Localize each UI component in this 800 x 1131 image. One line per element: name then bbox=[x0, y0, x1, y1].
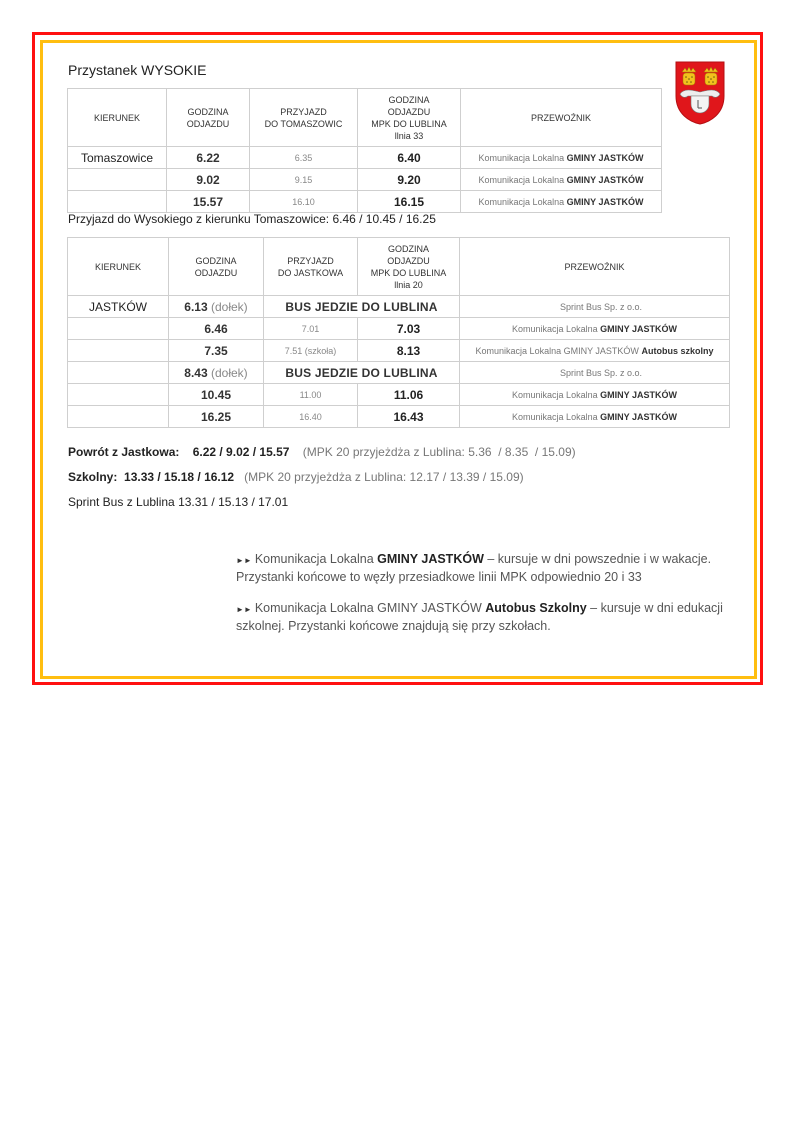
cell-departure: 15.57 bbox=[167, 191, 250, 213]
cell-mpk-departure: 16.43 bbox=[358, 406, 460, 428]
cell-carrier: Komunikacja Lokalna GMINY JASTKÓW bbox=[461, 169, 662, 191]
cell-arrival: 16.10 bbox=[250, 191, 358, 213]
cell-mpk-departure: 6.40 bbox=[358, 147, 461, 169]
cell-carrier: Komunikacja Lokalna GMINY JASTKÓW Autobu… bbox=[460, 340, 730, 362]
cell-carrier: Komunikacja Lokalna GMINY JASTKÓW bbox=[460, 318, 730, 340]
cell-departure: 10.45 bbox=[169, 384, 264, 406]
double-arrow-icon: ►► bbox=[236, 556, 252, 565]
cell-arrival: 9.15 bbox=[250, 169, 358, 191]
cell-departure: 16.25 bbox=[169, 406, 264, 428]
cell-mpk-departure: 9.20 bbox=[358, 169, 461, 191]
cell-carrier: Komunikacja Lokalna GMINY JASTKÓW bbox=[461, 147, 662, 169]
carrier-name-bold: GMINY JASTKÓW bbox=[567, 197, 644, 207]
table-row: 7.357.51 (szkoła)8.13Komunikacja Lokalna… bbox=[68, 340, 730, 362]
header-mpk-departure: GODZINA ODJAZDU MPK DO LUBLINA llnia 20 bbox=[358, 238, 460, 296]
header-mpk-departure: GODZINA ODJAZDU MPK DO LUBLINA llnia 33 bbox=[358, 89, 461, 147]
table-row: 10.4511.0011.06Komunikacja Lokalna GMINY… bbox=[68, 384, 730, 406]
cell-mpk-departure: 16.15 bbox=[358, 191, 461, 213]
header-departure: GODZINA ODJAZDU bbox=[169, 238, 264, 296]
departure-time: 8.43 bbox=[184, 366, 207, 380]
cell-arrival: 16.40 bbox=[264, 406, 358, 428]
coat-of-arms-icon bbox=[674, 60, 726, 126]
table-row: Tomaszowice6.226.356.40Komunikacja Lokal… bbox=[68, 147, 662, 169]
carrier-name-bold: GMINY JASTKÓW bbox=[600, 324, 677, 334]
carrier-name: Komunikacja Lokalna bbox=[512, 324, 598, 334]
header-departure: GODZINA ODJAZDU bbox=[167, 89, 250, 147]
header-carrier: PRZEWOŹNIK bbox=[461, 89, 662, 147]
return-note: (MPK 20 przyjeżdża z Lublina: 5.36 / 8.3… bbox=[303, 445, 576, 459]
cell-departure: 9.02 bbox=[167, 169, 250, 191]
carrier-name: Komunikacja Lokalna GMINY JASTKÓW bbox=[476, 346, 639, 356]
cell-departure: 8.43 (dołek) bbox=[169, 362, 264, 384]
carrier-name: Komunikacja Lokalna bbox=[512, 390, 598, 400]
departure-time: 6.13 bbox=[184, 300, 207, 314]
school-times: 13.33 / 15.18 / 16.12 bbox=[124, 470, 234, 484]
cell-arrival: 7.51 (szkoła) bbox=[264, 340, 358, 362]
cell-departure: 6.22 bbox=[167, 147, 250, 169]
cell-departure: 6.13 (dołek) bbox=[169, 296, 264, 318]
cell-carrier: Komunikacja Lokalna GMINY JASTKÓW bbox=[460, 384, 730, 406]
school-note: (MPK 20 przyjeżdża z Lublina: 12.17 / 13… bbox=[244, 470, 524, 484]
cell-direction bbox=[68, 169, 167, 191]
cell-direction: Tomaszowice bbox=[68, 147, 167, 169]
header-arrival: PRZYJAZD DO JASTKOWA bbox=[264, 238, 358, 296]
sprint-line: Sprint Bus z Lublina 13.31 / 15.13 / 17.… bbox=[68, 495, 288, 509]
page-title: Przystanek WYSOKIE bbox=[68, 62, 206, 78]
double-arrow-icon: ►► bbox=[236, 605, 252, 614]
cell-direction bbox=[68, 362, 169, 384]
departure-time: 7.35 bbox=[204, 344, 227, 358]
return-label: Powrót z Jastkowa: bbox=[68, 445, 179, 459]
table-row: 9.029.159.20Komunikacja Lokalna GMINY JA… bbox=[68, 169, 662, 191]
departure-time: 6.46 bbox=[204, 322, 227, 336]
cell-direction bbox=[68, 340, 169, 362]
header-direction: KIERUNEK bbox=[68, 238, 169, 296]
cell-arrival: 6.35 bbox=[250, 147, 358, 169]
carrier-name-bold: Autobus szkolny bbox=[641, 346, 713, 356]
table-header-row: KIERUNEK GODZINA ODJAZDU PRZYJAZD DO TOM… bbox=[68, 89, 662, 147]
carrier-name-bold: GMINY JASTKÓW bbox=[567, 175, 644, 185]
carrier-name: Komunikacja Lokalna bbox=[479, 175, 565, 185]
arrival-note: Przyjazd do Wysokiego z kierunku Tomaszo… bbox=[68, 212, 436, 226]
return-times: 6.22 / 9.02 / 15.57 bbox=[193, 445, 290, 459]
header-direction: KIERUNEK bbox=[68, 89, 167, 147]
cell-mpk-departure: 11.06 bbox=[358, 384, 460, 406]
table-row: 15.5716.1016.15Komunikacja Lokalna GMINY… bbox=[68, 191, 662, 213]
timetable-jastkow: KIERUNEK GODZINA ODJAZDU PRZYJAZD DO JAS… bbox=[67, 237, 730, 428]
cell-direction bbox=[68, 406, 169, 428]
cell-arrival: 11.00 bbox=[264, 384, 358, 406]
carrier-name-bold: GMINY JASTKÓW bbox=[600, 412, 677, 422]
carrier-name: Komunikacja Lokalna bbox=[479, 197, 565, 207]
header-carrier: PRZEWOŹNIK bbox=[460, 238, 730, 296]
timetable-tomaszowice: KIERUNEK GODZINA ODJAZDU PRZYJAZD DO TOM… bbox=[67, 88, 662, 213]
departure-note: (dołek) bbox=[211, 300, 248, 314]
carrier-name: Komunikacja Lokalna bbox=[479, 153, 565, 163]
departure-note: (dołek) bbox=[211, 366, 248, 380]
legend-item: ►►Komunikacja Lokalna GMINY JASTKÓW – ku… bbox=[236, 551, 726, 586]
bus-to-lublin-cell: BUS JEDZIE DO LUBLINA bbox=[264, 362, 460, 384]
return-line: Powrót z Jastkowa: 6.22 / 9.02 / 15.57 (… bbox=[68, 445, 576, 459]
legend-item: ►►Komunikacja Lokalna GMINY JASTKÓW Auto… bbox=[236, 600, 726, 635]
school-label: Szkolny: bbox=[68, 470, 117, 484]
carrier-name-bold: GMINY JASTKÓW bbox=[567, 153, 644, 163]
cell-mpk-departure: 7.03 bbox=[358, 318, 460, 340]
bus-to-lublin-cell: BUS JEDZIE DO LUBLINA bbox=[264, 296, 460, 318]
table-row: 6.467.017.03Komunikacja Lokalna GMINY JA… bbox=[68, 318, 730, 340]
cell-mpk-departure: 8.13 bbox=[358, 340, 460, 362]
table-row: JASTKÓW6.13 (dołek)BUS JEDZIE DO LUBLINA… bbox=[68, 296, 730, 318]
cell-carrier: Sprint Bus Sp. z o.o. bbox=[460, 296, 730, 318]
school-line: Szkolny: 13.33 / 15.18 / 16.12 (MPK 20 p… bbox=[68, 470, 524, 484]
table-row: 16.2516.4016.43Komunikacja Lokalna GMINY… bbox=[68, 406, 730, 428]
cell-direction bbox=[68, 318, 169, 340]
cell-departure: 6.46 bbox=[169, 318, 264, 340]
cell-carrier: Sprint Bus Sp. z o.o. bbox=[460, 362, 730, 384]
cell-direction: JASTKÓW bbox=[68, 296, 169, 318]
cell-arrival: 7.01 bbox=[264, 318, 358, 340]
carrier-name: Komunikacja Lokalna bbox=[512, 412, 598, 422]
departure-time: 16.25 bbox=[201, 410, 231, 424]
cell-carrier: Komunikacja Lokalna GMINY JASTKÓW bbox=[461, 191, 662, 213]
header-arrival: PRZYJAZD DO TOMASZOWIC bbox=[250, 89, 358, 147]
cell-direction bbox=[68, 191, 167, 213]
cell-departure: 7.35 bbox=[169, 340, 264, 362]
cell-direction bbox=[68, 384, 169, 406]
departure-time: 10.45 bbox=[201, 388, 231, 402]
table-row: 8.43 (dołek)BUS JEDZIE DO LUBLINASprint … bbox=[68, 362, 730, 384]
carrier-name-bold: GMINY JASTKÓW bbox=[600, 390, 677, 400]
table-header-row: KIERUNEK GODZINA ODJAZDU PRZYJAZD DO JAS… bbox=[68, 238, 730, 296]
cell-carrier: Komunikacja Lokalna GMINY JASTKÓW bbox=[460, 406, 730, 428]
